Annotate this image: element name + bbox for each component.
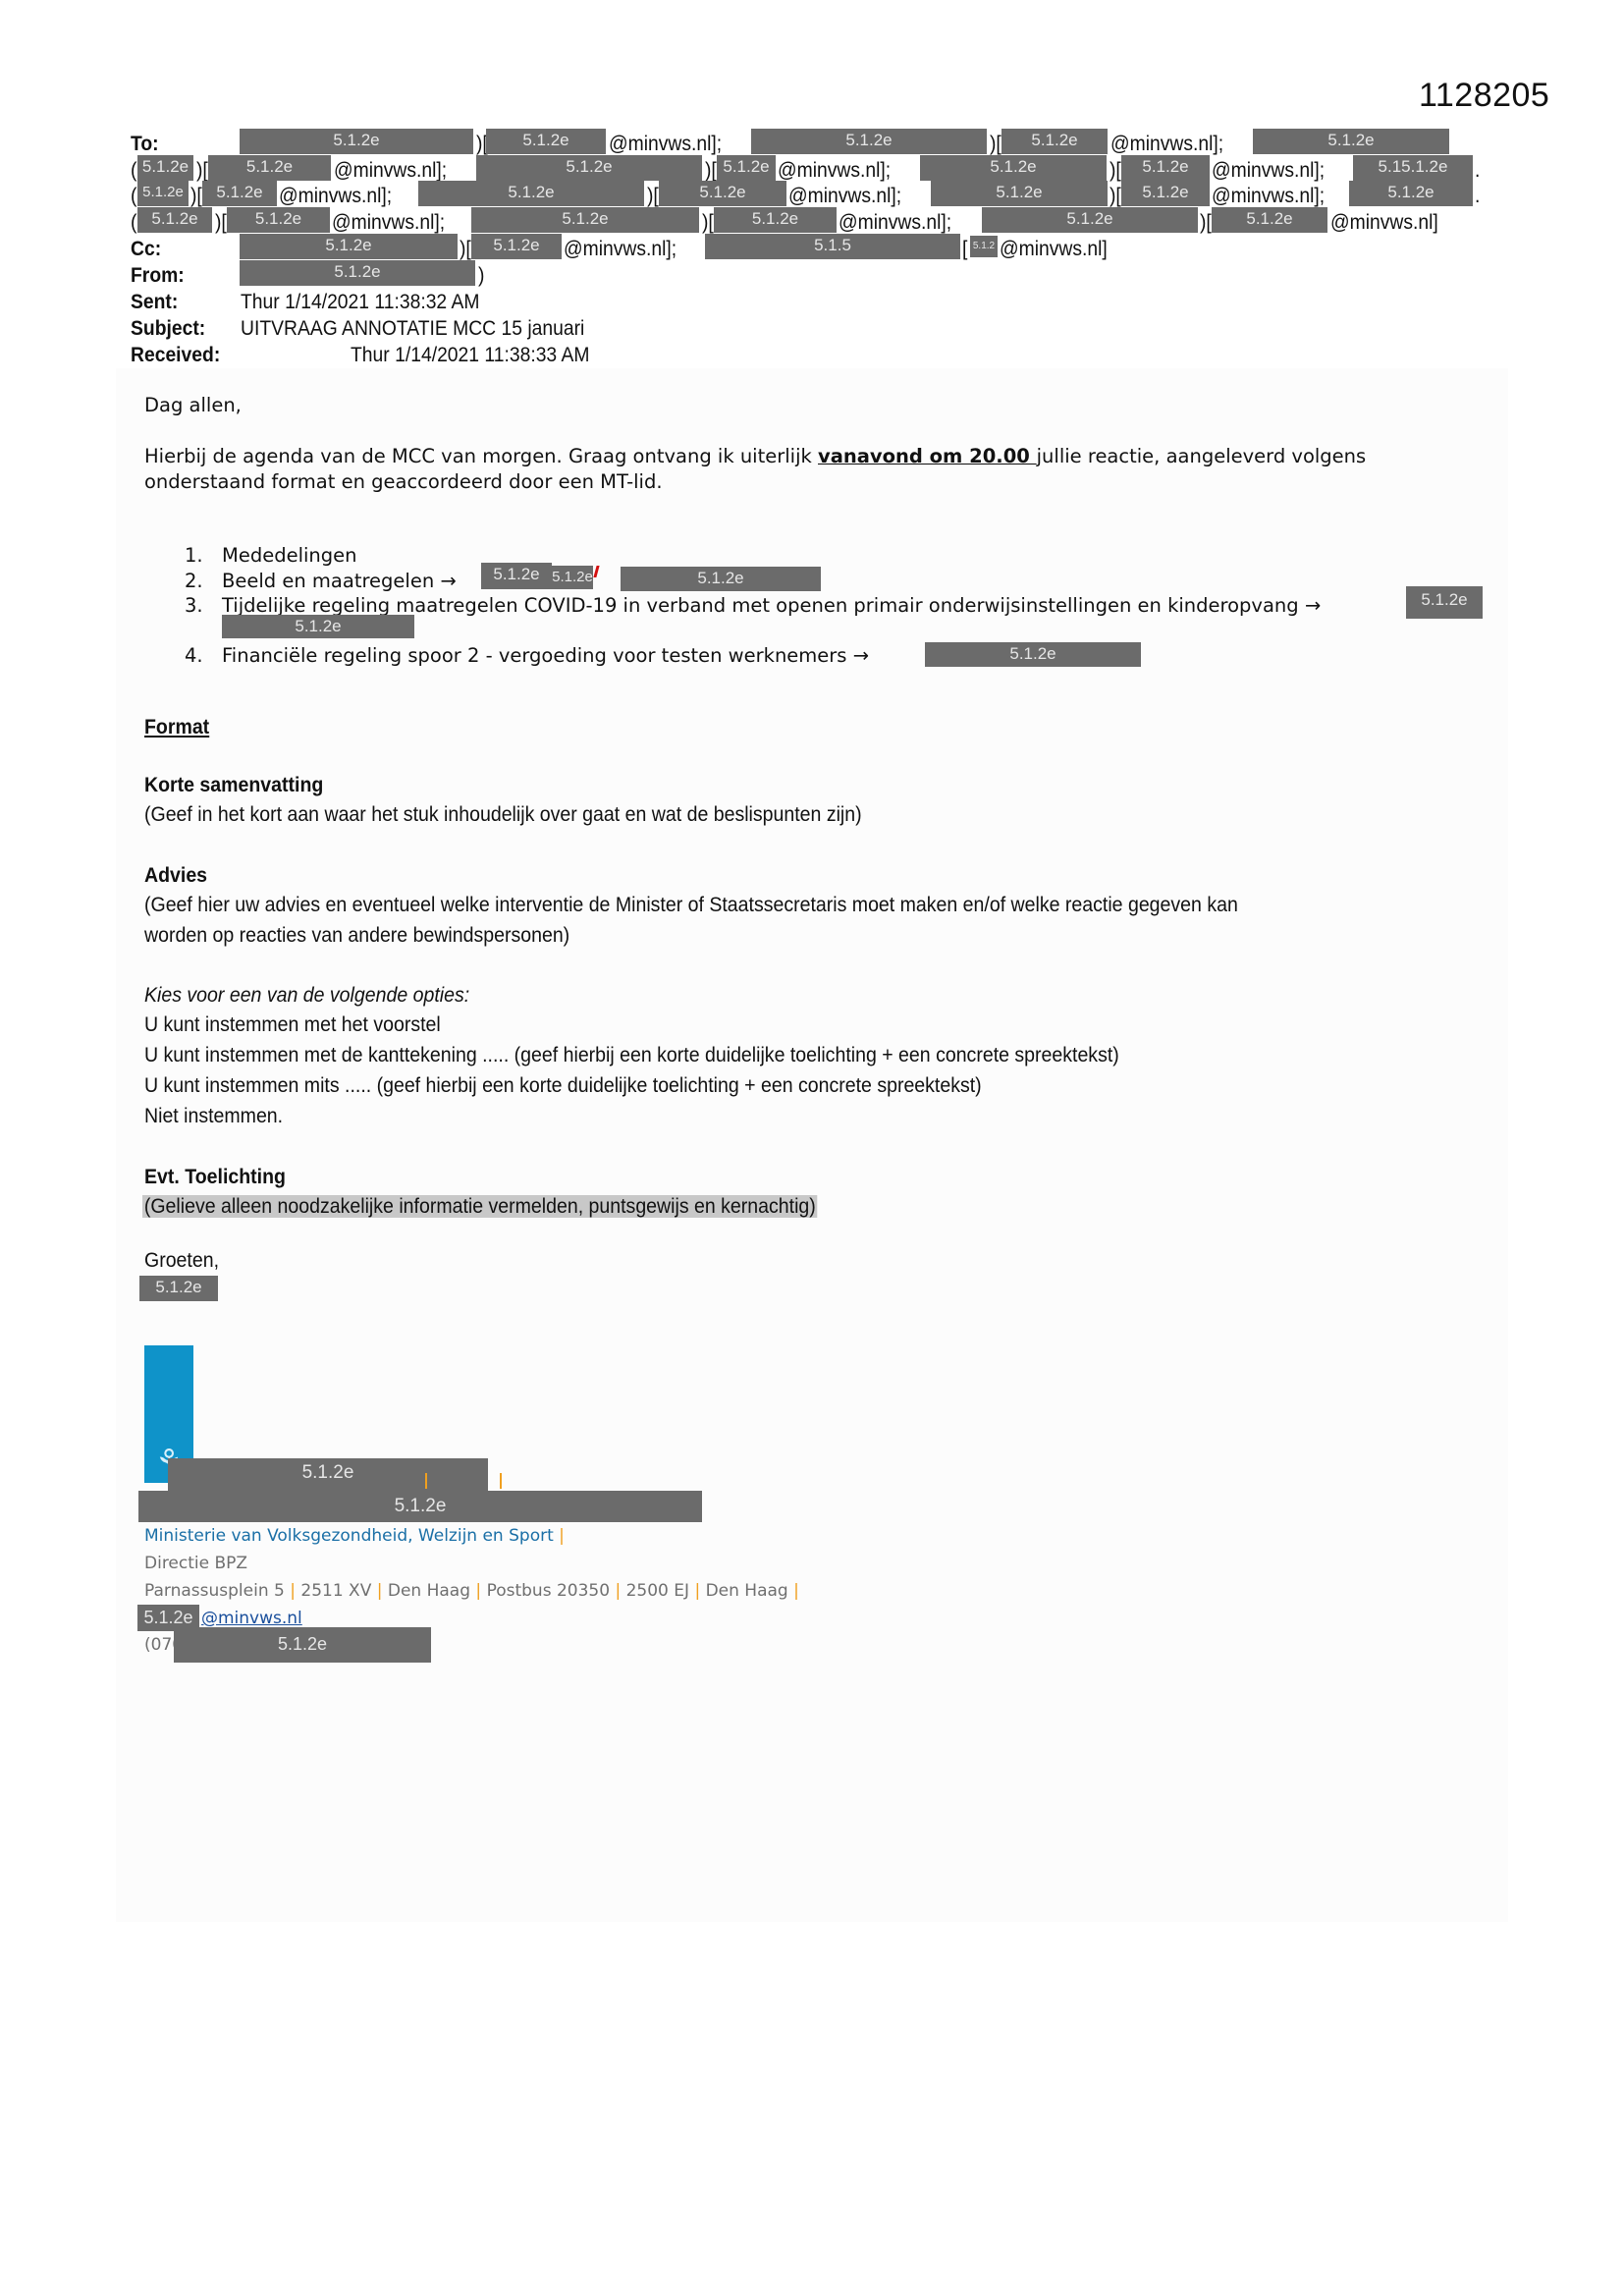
agenda-number: 3. xyxy=(185,593,222,619)
redaction: 5.1.2e xyxy=(418,181,644,206)
redaction: 5.1.2 xyxy=(970,236,998,257)
address: Parnassusplein 5 | 2511 XV | Den Haag | … xyxy=(144,1577,799,1605)
format-heading: Format xyxy=(144,712,209,742)
samenvatting-heading: Korte samenvatting xyxy=(144,770,323,800)
agenda-text: Beeld en maatregelen → xyxy=(222,570,457,592)
close-paren: ) xyxy=(478,262,484,289)
redaction: 5.1.2e xyxy=(1253,129,1449,154)
separator: )[ xyxy=(990,131,1001,157)
agenda-text: Tijdelijke regeling maatregelen COVID-19… xyxy=(222,594,1321,617)
separator: )[ xyxy=(647,183,659,209)
redaction: 5.1.2e xyxy=(476,155,702,181)
intro-text-cont: jullie reactie, aangeleverd volgens xyxy=(1037,445,1367,467)
recipient-domain: @minvws.nl]; xyxy=(1212,157,1325,184)
redaction: 5.1.2e xyxy=(920,155,1107,181)
agenda-item: 2.Beeld en maatregelen → xyxy=(185,569,457,594)
from-label: From: xyxy=(131,262,185,289)
redaction: 5.1.2e xyxy=(751,129,987,154)
redaction: 5.1.2e xyxy=(227,207,330,233)
open-paren: ( xyxy=(131,209,136,236)
redaction: 5.1.2e xyxy=(471,234,562,259)
toelichting-text: (Gelieve alleen noodzakelijke informatie… xyxy=(142,1191,818,1222)
phone-redaction: 5.1.2e xyxy=(174,1627,431,1663)
redaction: 5.1.2e xyxy=(714,207,837,233)
recipient-domain: @minvws.nl]; xyxy=(609,131,722,157)
advies-text-line1: (Geef hier uw advies en eventueel welke … xyxy=(144,890,1238,920)
recipient-domain: @minvws.nl]; xyxy=(788,183,901,209)
sent-label: Sent: xyxy=(131,289,178,315)
agenda-text: Financiële regeling spoor 2 - vergoeding… xyxy=(222,644,869,667)
redaction: 5.1.2e xyxy=(552,566,593,589)
intro-paragraph: Hierbij de agenda van de MCC van morgen.… xyxy=(144,444,1366,469)
separator: )[ xyxy=(460,236,471,262)
recipient-domain: @minvws.nl]; xyxy=(332,209,445,236)
separator: )[ xyxy=(702,209,714,236)
redaction: 5.1.2e xyxy=(202,181,277,206)
redaction: 5.1.2e xyxy=(1121,155,1210,181)
recipient-domain: @minvws.nl] xyxy=(1330,209,1438,236)
option-item: Niet instemmen. xyxy=(144,1101,283,1131)
recipient-domain: @minvws.nl]; xyxy=(564,236,677,262)
orange-divider xyxy=(500,1473,502,1489)
separator: )[ xyxy=(1110,157,1121,184)
separator: )[ xyxy=(1200,209,1212,236)
intro-text: Hierbij de agenda van de MCC van morgen.… xyxy=(144,445,818,467)
redaction: 5.1.2e xyxy=(481,563,552,589)
recipient-domain: @minvws.nl] xyxy=(1000,236,1108,262)
options-intro: Kies voor een van de volgende opties: xyxy=(144,980,469,1011)
redaction: 5.1.2e xyxy=(168,1458,488,1491)
redaction: 5.1.2e xyxy=(982,207,1198,233)
advies-heading: Advies xyxy=(144,860,207,891)
agenda-item: 1.Mededelingen xyxy=(185,543,357,569)
sent-value: Thur 1/14/2021 11:38:32 AM xyxy=(241,289,479,315)
redaction: 5.1.2e xyxy=(1121,181,1210,206)
redaction: 5.1.2e xyxy=(621,567,821,591)
open-bracket: [ xyxy=(962,236,967,262)
ministry-name: Ministerie van Volksgezondheid, Welzijn … xyxy=(144,1522,565,1550)
cc-label: Cc: xyxy=(131,236,161,262)
redaction: 5.1.2e xyxy=(137,181,189,206)
dot: . xyxy=(1475,183,1480,209)
recipient-domain: @minvws.nl]; xyxy=(334,157,447,184)
redaction: 5.1.2e xyxy=(138,1491,702,1522)
received-value: Thur 1/14/2021 11:38:33 AM xyxy=(351,342,589,368)
dot: . xyxy=(1475,157,1480,184)
received-label: Received: xyxy=(131,342,220,368)
subject-value: UITVRAAG ANNOTATIE MCC 15 januari xyxy=(241,315,584,342)
redaction: 5.15.1.2e xyxy=(1353,155,1473,181)
redaction: 5.1.2e xyxy=(471,207,699,233)
redaction: 5.1.2e xyxy=(1406,586,1483,619)
sender-name-redaction: 5.1.2e xyxy=(139,1276,218,1301)
agenda-text: Mededelingen xyxy=(222,544,357,567)
redaction: 5.1.2e xyxy=(137,207,212,233)
subject-label: Subject: xyxy=(131,315,205,342)
recipient-domain: @minvws.nl]; xyxy=(1212,183,1325,209)
redaction: 5.1.2e xyxy=(240,129,473,154)
option-item: U kunt instemmen met de kanttekening ...… xyxy=(144,1040,1119,1070)
greeting: Dag allen, xyxy=(144,393,242,418)
redaction: 5.1.2e xyxy=(1349,181,1473,206)
redaction: 5.1.5 xyxy=(705,234,960,259)
redaction: 5.1.2e xyxy=(717,155,776,181)
samenvatting-text: (Geef in het kort aan waar het stuk inho… xyxy=(144,799,862,830)
agenda-number: 2. xyxy=(185,569,222,594)
to-label: To: xyxy=(131,131,159,157)
orange-divider xyxy=(425,1473,427,1489)
separator: )[ xyxy=(215,209,227,236)
redaction: 5.1.2e xyxy=(208,155,331,181)
option-item: U kunt instemmen met het voorstel xyxy=(144,1010,441,1040)
redaction: 5.1.2e xyxy=(659,181,786,206)
advies-text-line2: worden op reacties van andere bewindsper… xyxy=(144,920,569,951)
redaction: 5.1.2e xyxy=(240,260,475,286)
separator: )[ xyxy=(705,157,717,184)
redaction: 5.1.2e xyxy=(1001,129,1108,154)
separator: )[ xyxy=(1110,183,1121,209)
document-number: 1128205 xyxy=(1419,77,1549,115)
closing: Groeten, xyxy=(144,1245,219,1276)
intro-line2: onderstaand format en geaccordeerd door … xyxy=(144,469,663,495)
highlighted-text: (Gelieve alleen noodzakelijke informatie… xyxy=(142,1195,818,1218)
redaction: 5.1.2e xyxy=(240,234,458,259)
redaction: 5.1.2e xyxy=(486,129,606,154)
agenda-number: 1. xyxy=(185,543,222,569)
recipient-domain: @minvws.nl]; xyxy=(1110,131,1223,157)
option-item: U kunt instemmen mits ..... (geef hierbi… xyxy=(144,1070,982,1101)
department: Directie BPZ xyxy=(144,1550,247,1577)
redaction: 5.1.2e xyxy=(137,155,193,181)
open-paren: ( xyxy=(131,183,136,209)
redaction: 5.1.2e xyxy=(1212,207,1327,233)
open-paren: ( xyxy=(131,157,136,184)
separator: )[ xyxy=(190,183,202,209)
redaction: 5.1.2e xyxy=(931,181,1108,206)
separator: )[ xyxy=(196,157,208,184)
toelichting-heading: Evt. Toelichting xyxy=(144,1162,286,1192)
deadline-emphasis: vanavond om 20.00 xyxy=(818,445,1037,467)
recipient-domain: @minvws.nl]; xyxy=(839,209,951,236)
recipient-domain: @minvws.nl]; xyxy=(279,183,392,209)
redaction: 5.1.2e xyxy=(925,642,1141,667)
recipient-domain: @minvws.nl]; xyxy=(778,157,891,184)
agenda-item: 4.Financiële regeling spoor 2 - vergoedi… xyxy=(185,643,869,669)
redaction: 5.1.2e xyxy=(222,615,414,638)
agenda-number: 4. xyxy=(185,643,222,669)
